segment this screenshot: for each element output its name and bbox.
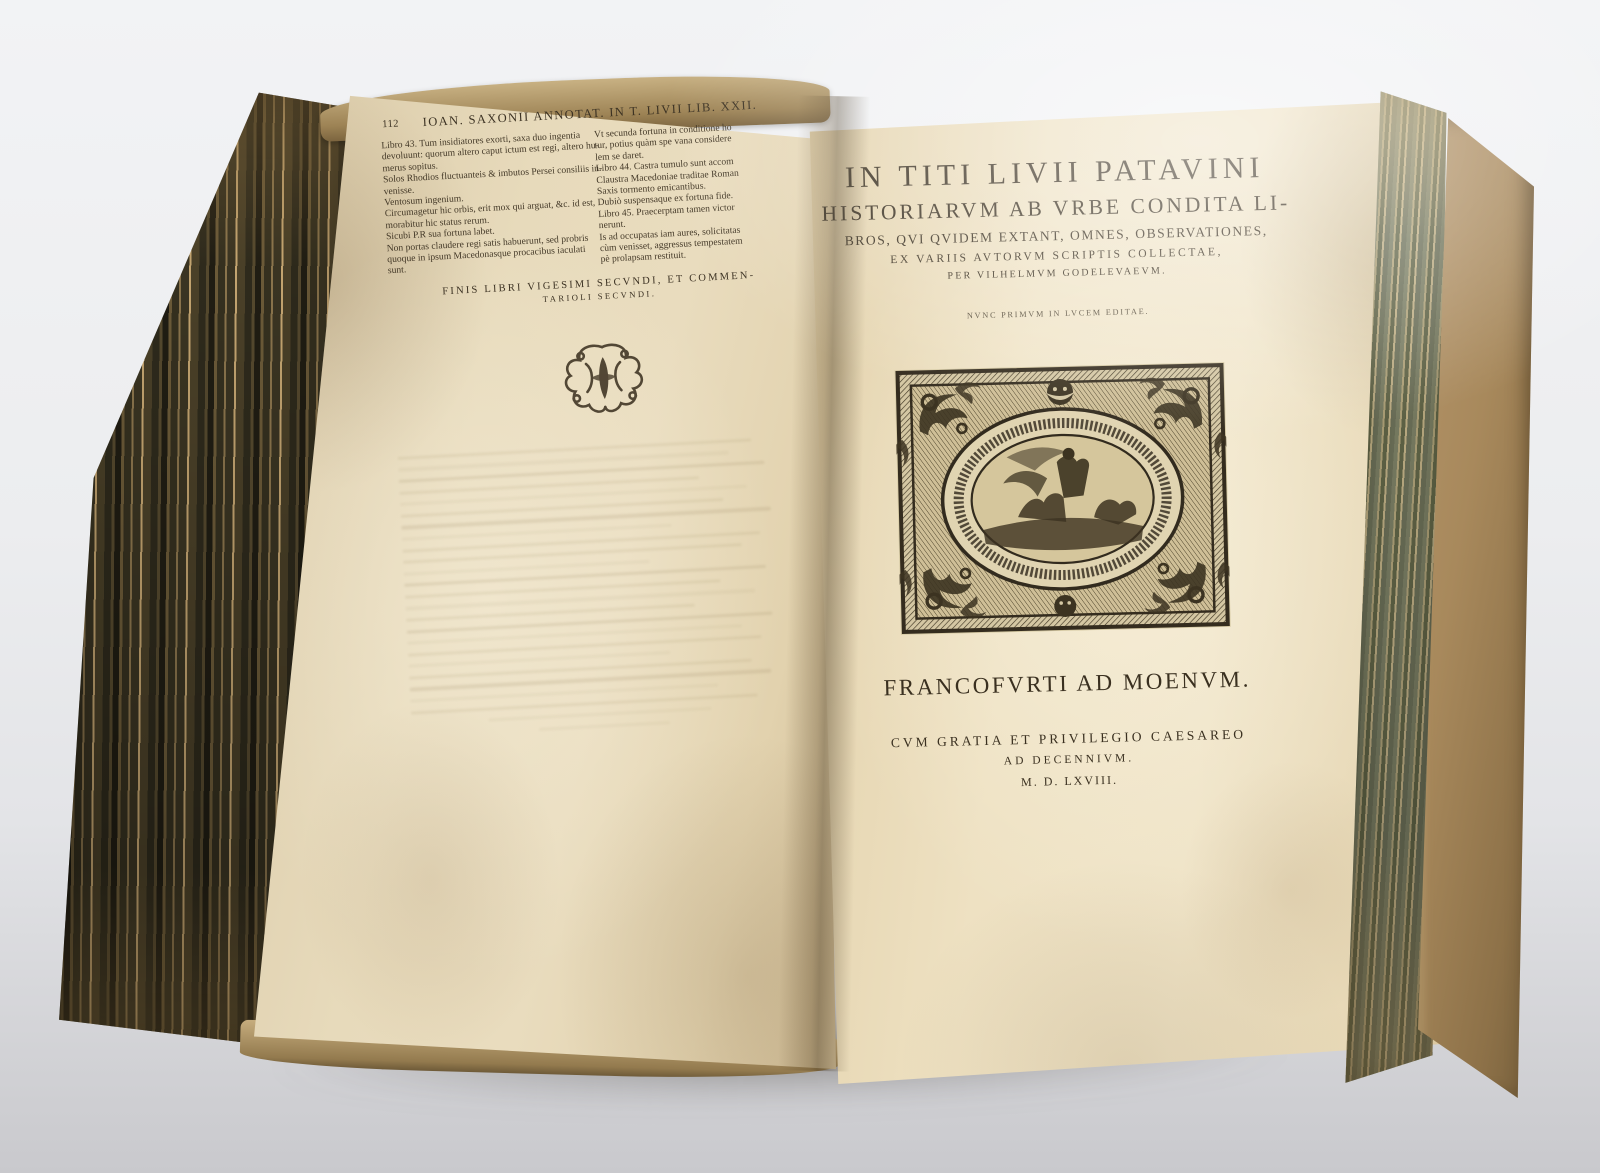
ink-bleedthrough xyxy=(398,437,797,738)
woodcut-printers-device-icon xyxy=(894,362,1230,635)
privilege-line-1: CVM GRATIA ET PRIVILEGIO CAESAREO xyxy=(834,725,1302,752)
privilege-line-2: AD DECENNIVM. xyxy=(835,748,1303,771)
title-page-content: IN TITI LIVII PATAVINI HISTORIARVM AB VR… xyxy=(820,150,1303,794)
photo-of-antique-book: 112 IOAN. SAXONII ANNOTAT. IN T. LIVII L… xyxy=(0,0,1600,1173)
annotation-column-1: Libro 43. Tum insidiatores exorti, saxa … xyxy=(381,130,593,277)
title-line-2: HISTORIARVM AB VRBE CONDITA LI- xyxy=(821,190,1289,226)
imprint-line: FRANCOFVRTI AD MOENVM. xyxy=(833,665,1301,702)
edition-note: NVNC PRIMVM IN LVCEM EDITAE. xyxy=(824,303,1292,323)
printer-ornament-icon xyxy=(560,339,648,422)
annotation-column-2: Vt secunda fortuna in conditione ho tur,… xyxy=(594,119,801,266)
annotation-columns: Libro 43. Tum insidiatores exorti, saxa … xyxy=(381,118,808,277)
page-number: 112 xyxy=(382,118,399,130)
left-page-content: 112 IOAN. SAXONII ANNOTAT. IN T. LIVII L… xyxy=(380,95,832,745)
